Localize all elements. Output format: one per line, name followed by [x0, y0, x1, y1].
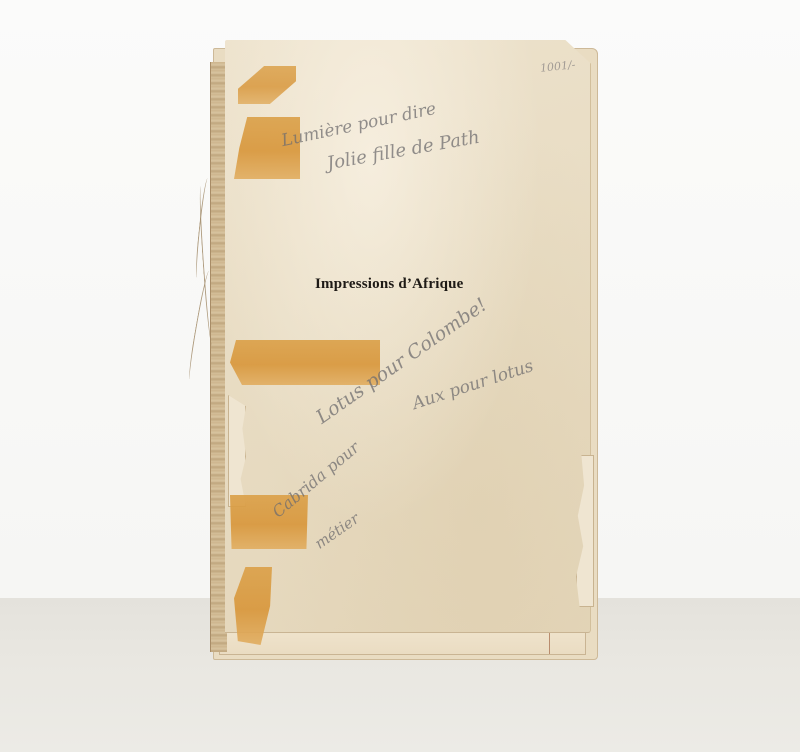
book: Impressions d’Afrique Lumière pour dire …	[0, 0, 800, 752]
bottom-crease-line	[549, 632, 550, 654]
book-spine	[210, 62, 227, 652]
bottom-page-edge	[219, 630, 586, 655]
book-title: Impressions d’Afrique	[315, 276, 464, 293]
